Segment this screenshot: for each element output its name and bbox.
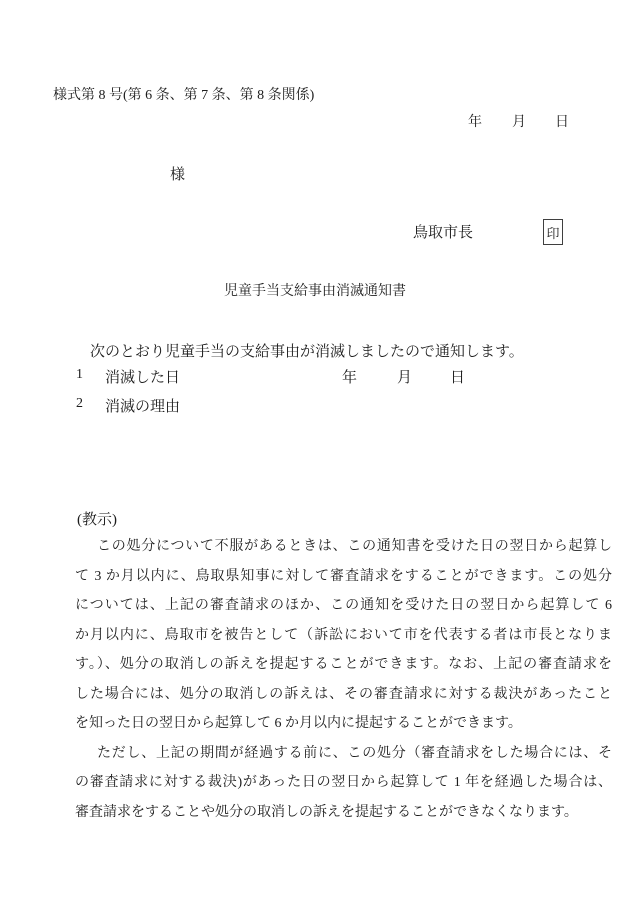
- addressee-suffix: 様: [170, 163, 185, 184]
- notice-line: の審査請求に対する裁決)があった日の翌日から起算して 1 年を経過した場合は、: [75, 768, 612, 798]
- item-1-number: 1: [76, 367, 83, 383]
- item-1-year-label: 年: [342, 366, 357, 387]
- item-1-label: 消滅した日: [105, 366, 180, 387]
- item-1-day-label: 日: [450, 366, 465, 387]
- item-2-number: 2: [76, 396, 83, 412]
- notice-line: て 3 か月以内に、鳥取県知事に対して審査請求をすることができます。この処分: [75, 562, 612, 592]
- issue-date-day-label: 日: [555, 111, 569, 131]
- issue-date-month-label: 月: [512, 111, 526, 131]
- item-1-month-label: 月: [397, 366, 412, 387]
- notice-line: については、上記の審査請求のほか、この通知を受けた日の翌日から起算して 6: [75, 591, 612, 621]
- notice-line: ただし、上記の期間が経過する前に、この処分（審査請求をした場合には、そ: [75, 739, 612, 769]
- seal-character: 印: [546, 223, 559, 242]
- item-2-label: 消滅の理由: [105, 395, 180, 416]
- seal-mark: 印: [543, 219, 563, 245]
- notice-line: した場合には、処分の取消しの訴えは、その審査請求に対する裁決があったこと: [75, 680, 612, 710]
- issue-date-year-label: 年: [468, 111, 482, 131]
- document-title: 児童手当支給事由消滅通知書: [0, 280, 630, 300]
- intro-sentence: 次のとおり児童手当の支給事由が消滅しましたので通知します。: [90, 340, 524, 361]
- notice-line: 審査請求をすることや処分の取消しの訴えを提起することができなくなります。: [75, 798, 612, 828]
- notice-line: す。）、処分の取消しの訴えを提起することができます。なお、上記の審査請求を: [75, 650, 612, 680]
- notice-line: を知った日の翌日から起算して 6 か月以内に提起することができます。: [75, 709, 612, 739]
- document-page: 様式第 8 号(第 6 条、第 7 条、第 8 条関係) 年 月 日 様 鳥取市…: [0, 0, 630, 903]
- notice-line: この処分について不服があるときは、この通知書を受けた日の翌日から起算し: [75, 532, 612, 562]
- issuer-name: 鳥取市長: [413, 221, 473, 242]
- notice-body: この処分について不服があるときは、この通知書を受けた日の翌日から起算し て 3 …: [75, 532, 612, 827]
- form-number: 様式第 8 号(第 6 条、第 7 条、第 8 条関係): [53, 84, 314, 104]
- notice-heading: (教示): [77, 508, 117, 529]
- notice-line: か月以内に、鳥取市を被告として（訴訟において市を代表する者は市長となりま: [75, 621, 612, 651]
